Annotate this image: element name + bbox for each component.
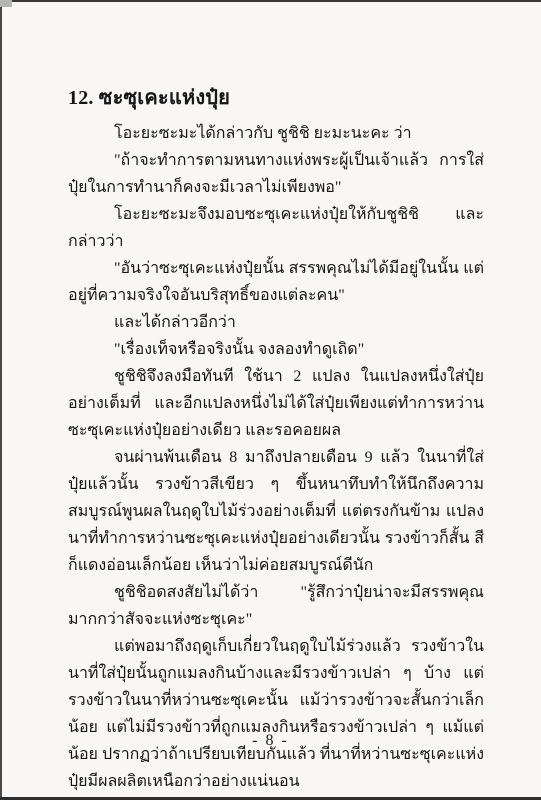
- scan-edge-top: [0, 0, 541, 2]
- paragraph: และได้กล่าวอีกว่า: [68, 309, 484, 336]
- scan-edge-left: [0, 0, 2, 800]
- scan-corner-artifact: [0, 0, 12, 7]
- page-number: - 8 -: [0, 732, 541, 750]
- section-heading: 12. ซะซุเคะแห่งปุ๋ย: [68, 84, 484, 112]
- paragraph: ชูชิชิจึงลงมือทันที ใช้นา 2 แปลง ในแปลงห…: [68, 363, 484, 444]
- page-body: 12. ซะซุเคะแห่งปุ๋ย โอะยะซะมะได้กล่าวกับ…: [68, 84, 484, 795]
- paragraph: "ถ้าจะทำการตามหนทางแห่งพระผู้เป็นเจ้าแล้…: [68, 147, 484, 201]
- paragraph: "เรื่องเท็จหรือจริงนั้น จงลองทำดูเถิด": [68, 336, 484, 363]
- paragraph: โอะยะซะมะจึงมอบซะซุเคะแห่งปุ๋ยให้กับชูชิ…: [68, 201, 484, 255]
- paragraph: "อันว่าซะซุเคะแห่งปุ๋ยนั้น สรรพคุณไม่ได้…: [68, 255, 484, 309]
- scanned-page: 12. ซะซุเคะแห่งปุ๋ย โอะยะซะมะได้กล่าวกับ…: [0, 0, 541, 800]
- paragraph: ชูชิชิอดสงสัยไม่ได้ว่า "รู้สึกว่าปุ๋ยน่า…: [68, 579, 484, 633]
- paragraph: โอะยะซะมะได้กล่าวกับ ชูชิชิ ยะมะนะคะ ว่า: [68, 120, 484, 147]
- paragraph: แต่พอมาถึงฤดูเก็บเกี่ยวในฤดูใบไม้ร่วงแล้…: [68, 633, 484, 795]
- paragraph: จนผ่านพ้นเดือน 8 มาถึงปลายเดือน 9 แล้ว ใ…: [68, 444, 484, 579]
